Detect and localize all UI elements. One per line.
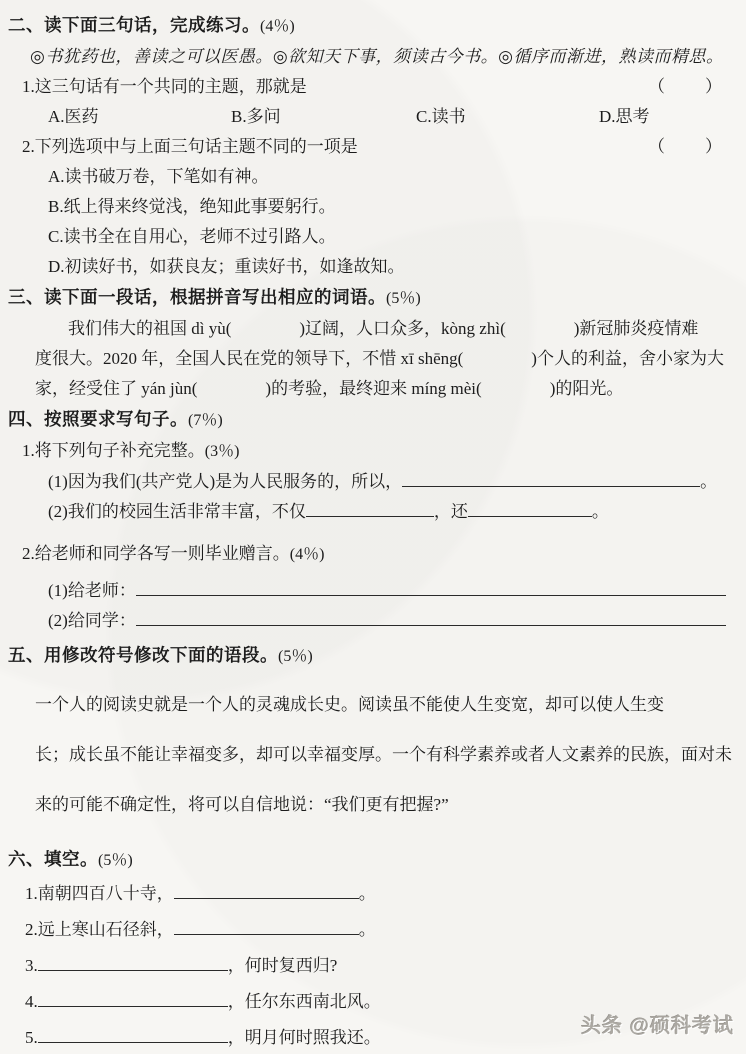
question-2-option-a: A.读书破万卷，下笔如有神。 xyxy=(48,162,736,192)
section-2-heading: 二、读下面三句话，完成练习。(4％) xyxy=(8,10,736,42)
question-1-option-a: A.医药 xyxy=(48,102,231,132)
fill-blank-item-5-num: 5. xyxy=(25,1028,38,1047)
completion-item-1: (1)因为我们(共产党人)是为人民服务的，所以，。 xyxy=(48,467,736,497)
fill-blank-item-2-post: 。 xyxy=(359,920,376,939)
section-3-score: (5％) xyxy=(386,290,421,307)
question-1-answer-bracket: （ ） xyxy=(648,72,724,102)
section-5-title: 五、用修改符号修改下面的语段。 xyxy=(8,645,278,665)
fill-blank-item-2: 2.远上寒山石径斜，。 xyxy=(25,912,736,948)
answer-blank xyxy=(402,470,700,487)
section-5-heading: 五、用修改符号修改下面的语段。(5％) xyxy=(8,640,736,672)
question-1-stem: 1.这三句话有一个共同的主题，那就是 xyxy=(22,72,307,102)
question-2-option-d: D.初读好书，如获良友；重读好书，如逢故知。 xyxy=(48,252,736,282)
correction-paragraph-line-1: 一个人的阅读史就是一个人的灵魂成长史。阅读虽不能使人生变宽，却可以使人生变 xyxy=(35,680,736,730)
section-2-score: (4％) xyxy=(260,18,295,35)
section-4-heading: 四、按照要求写句子。(7％) xyxy=(8,404,736,436)
pinyin-paragraph-line-3: 家，经受住了 yán jùn( )的考验，最终迎来 míng mèi( )的阳光… xyxy=(35,374,736,404)
completion-item-2-text: (2)我们的校园生活非常丰富，不仅 xyxy=(48,502,306,521)
message-to-teacher-label: (1)给老师： xyxy=(48,581,136,600)
section-6-title: 六、填空。 xyxy=(8,849,98,869)
answer-blank xyxy=(38,954,228,971)
question-2-stem: 2.下列选项中与上面三句话主题不同的一项是 xyxy=(22,132,358,162)
pinyin-paragraph-line-2: 度很大。2020 年，全国人民在党的领导下，不惜 xī shēng( )个人的利… xyxy=(35,344,736,374)
section-3-title: 三、读下面一段话，根据拼音写出相应的词语。 xyxy=(8,287,386,307)
subsection-4-1-score: (3％) xyxy=(205,443,240,460)
fill-blank-item-1-post: 。 xyxy=(359,884,376,903)
question-2-answer-bracket: （ ） xyxy=(648,132,724,162)
section-2-title: 二、读下面三句话，完成练习。 xyxy=(8,15,260,35)
answer-blank xyxy=(174,918,359,935)
section-4-title: 四、按照要求写句子。 xyxy=(8,409,188,429)
correction-paragraph-line-2: 长；成长虽不能让幸福变多，却可以幸福变厚。一个有科学素养或者人文素养的民族，面对… xyxy=(35,730,736,780)
pinyin-paragraph-line-1: 我们伟大的祖国 dì yù( )辽阔，人口众多，kòng zhì( )新冠肺炎疫… xyxy=(35,314,736,344)
answer-blank xyxy=(174,882,359,899)
answer-blank xyxy=(136,579,726,596)
section-5-score: (5％) xyxy=(278,648,313,665)
completion-item-2-mid: ，还 xyxy=(434,502,468,521)
subsection-4-1-label: 1.将下列句子补充完整。 xyxy=(22,441,205,460)
question-1-option-c: C.读书 xyxy=(416,102,599,132)
correction-paragraph-line-3: 来的可能不确定性，将可以自信地说：“我们更有把握?” xyxy=(35,780,736,830)
fill-blank-item-4-num: 4. xyxy=(25,992,38,1011)
section-4-score: (7％) xyxy=(188,412,223,429)
question-1-options: A.医药B.多问C.读书D.思考 xyxy=(48,102,736,132)
fill-blank-item-4-post: ，任尔东西南北风。 xyxy=(228,992,381,1011)
question-2: 2.下列选项中与上面三句话主题不同的一项是 （ ） xyxy=(22,132,736,162)
answer-blank xyxy=(38,1026,228,1043)
exam-paper-page: 二、读下面三句话，完成练习。(4％) ◎书犹药也，善读之可以医愚。◎欲知天下事，… xyxy=(0,0,746,1054)
subsection-4-2-label: 2.给老师和同学各写一则毕业赠言。 xyxy=(22,544,290,563)
question-2-option-b: B.纸上得来终觉浅，绝知此事要躬行。 xyxy=(48,192,736,222)
answer-blank xyxy=(136,609,726,626)
question-1-option-b: B.多问 xyxy=(231,102,416,132)
completion-item-2-period: 。 xyxy=(592,502,609,521)
answer-blank xyxy=(468,500,592,517)
completion-item-1-period: 。 xyxy=(700,472,717,491)
section-3-heading: 三、读下面一段话，根据拼音写出相应的词语。(5％) xyxy=(8,282,736,314)
message-to-classmate: (2)给同学： xyxy=(48,606,736,636)
correction-paragraph: 一个人的阅读史就是一个人的灵魂成长史。阅读虽不能使人生变宽，却可以使人生变 长；… xyxy=(8,680,736,830)
section-6-heading: 六、填空。(5％) xyxy=(8,844,736,876)
fill-blank-item-3: 3.，何时复西归? xyxy=(25,948,736,984)
message-to-teacher: (1)给老师： xyxy=(48,576,736,606)
completion-item-1-text: (1)因为我们(共产党人)是为人民服务的，所以， xyxy=(48,472,402,491)
fill-blank-item-3-post: ，何时复西归? xyxy=(228,956,338,975)
fill-blank-item-1: 1.南朝四百八十寺，。 xyxy=(25,876,736,912)
fill-blank-item-3-num: 3. xyxy=(25,956,38,975)
fill-blank-item-2-text: 2.远上寒山石径斜， xyxy=(25,920,174,939)
subsection-4-2-title: 2.给老师和同学各写一则毕业赠言。(4％) xyxy=(22,539,736,570)
section-6-score: (5％) xyxy=(98,852,133,869)
question-1: 1.这三句话有一个共同的主题，那就是 （ ） xyxy=(22,72,736,102)
completion-item-2: (2)我们的校园生活非常丰富，不仅，还。 xyxy=(48,497,736,527)
subsection-4-1-title: 1.将下列句子补充完整。(3％) xyxy=(22,436,736,467)
fill-blank-item-1-text: 1.南朝四百八十寺， xyxy=(25,884,174,903)
section-2-quotes: ◎书犹药也，善读之可以医愚。◎欲知天下事，须读古今书。◎循序而渐进，熟读而精思。 xyxy=(30,42,736,72)
subsection-4-2-score: (4％) xyxy=(290,546,325,563)
question-1-option-d: D.思考 xyxy=(599,102,650,132)
answer-blank xyxy=(306,500,434,517)
toutiao-watermark: 头条 @硕科考试 xyxy=(581,1009,734,1038)
fill-blank-item-5-post: ，明月何时照我还。 xyxy=(228,1028,381,1047)
message-to-classmate-label: (2)给同学： xyxy=(48,611,136,630)
answer-blank xyxy=(38,990,228,1007)
question-2-option-c: C.读书全在自用心，老师不过引路人。 xyxy=(48,222,736,252)
